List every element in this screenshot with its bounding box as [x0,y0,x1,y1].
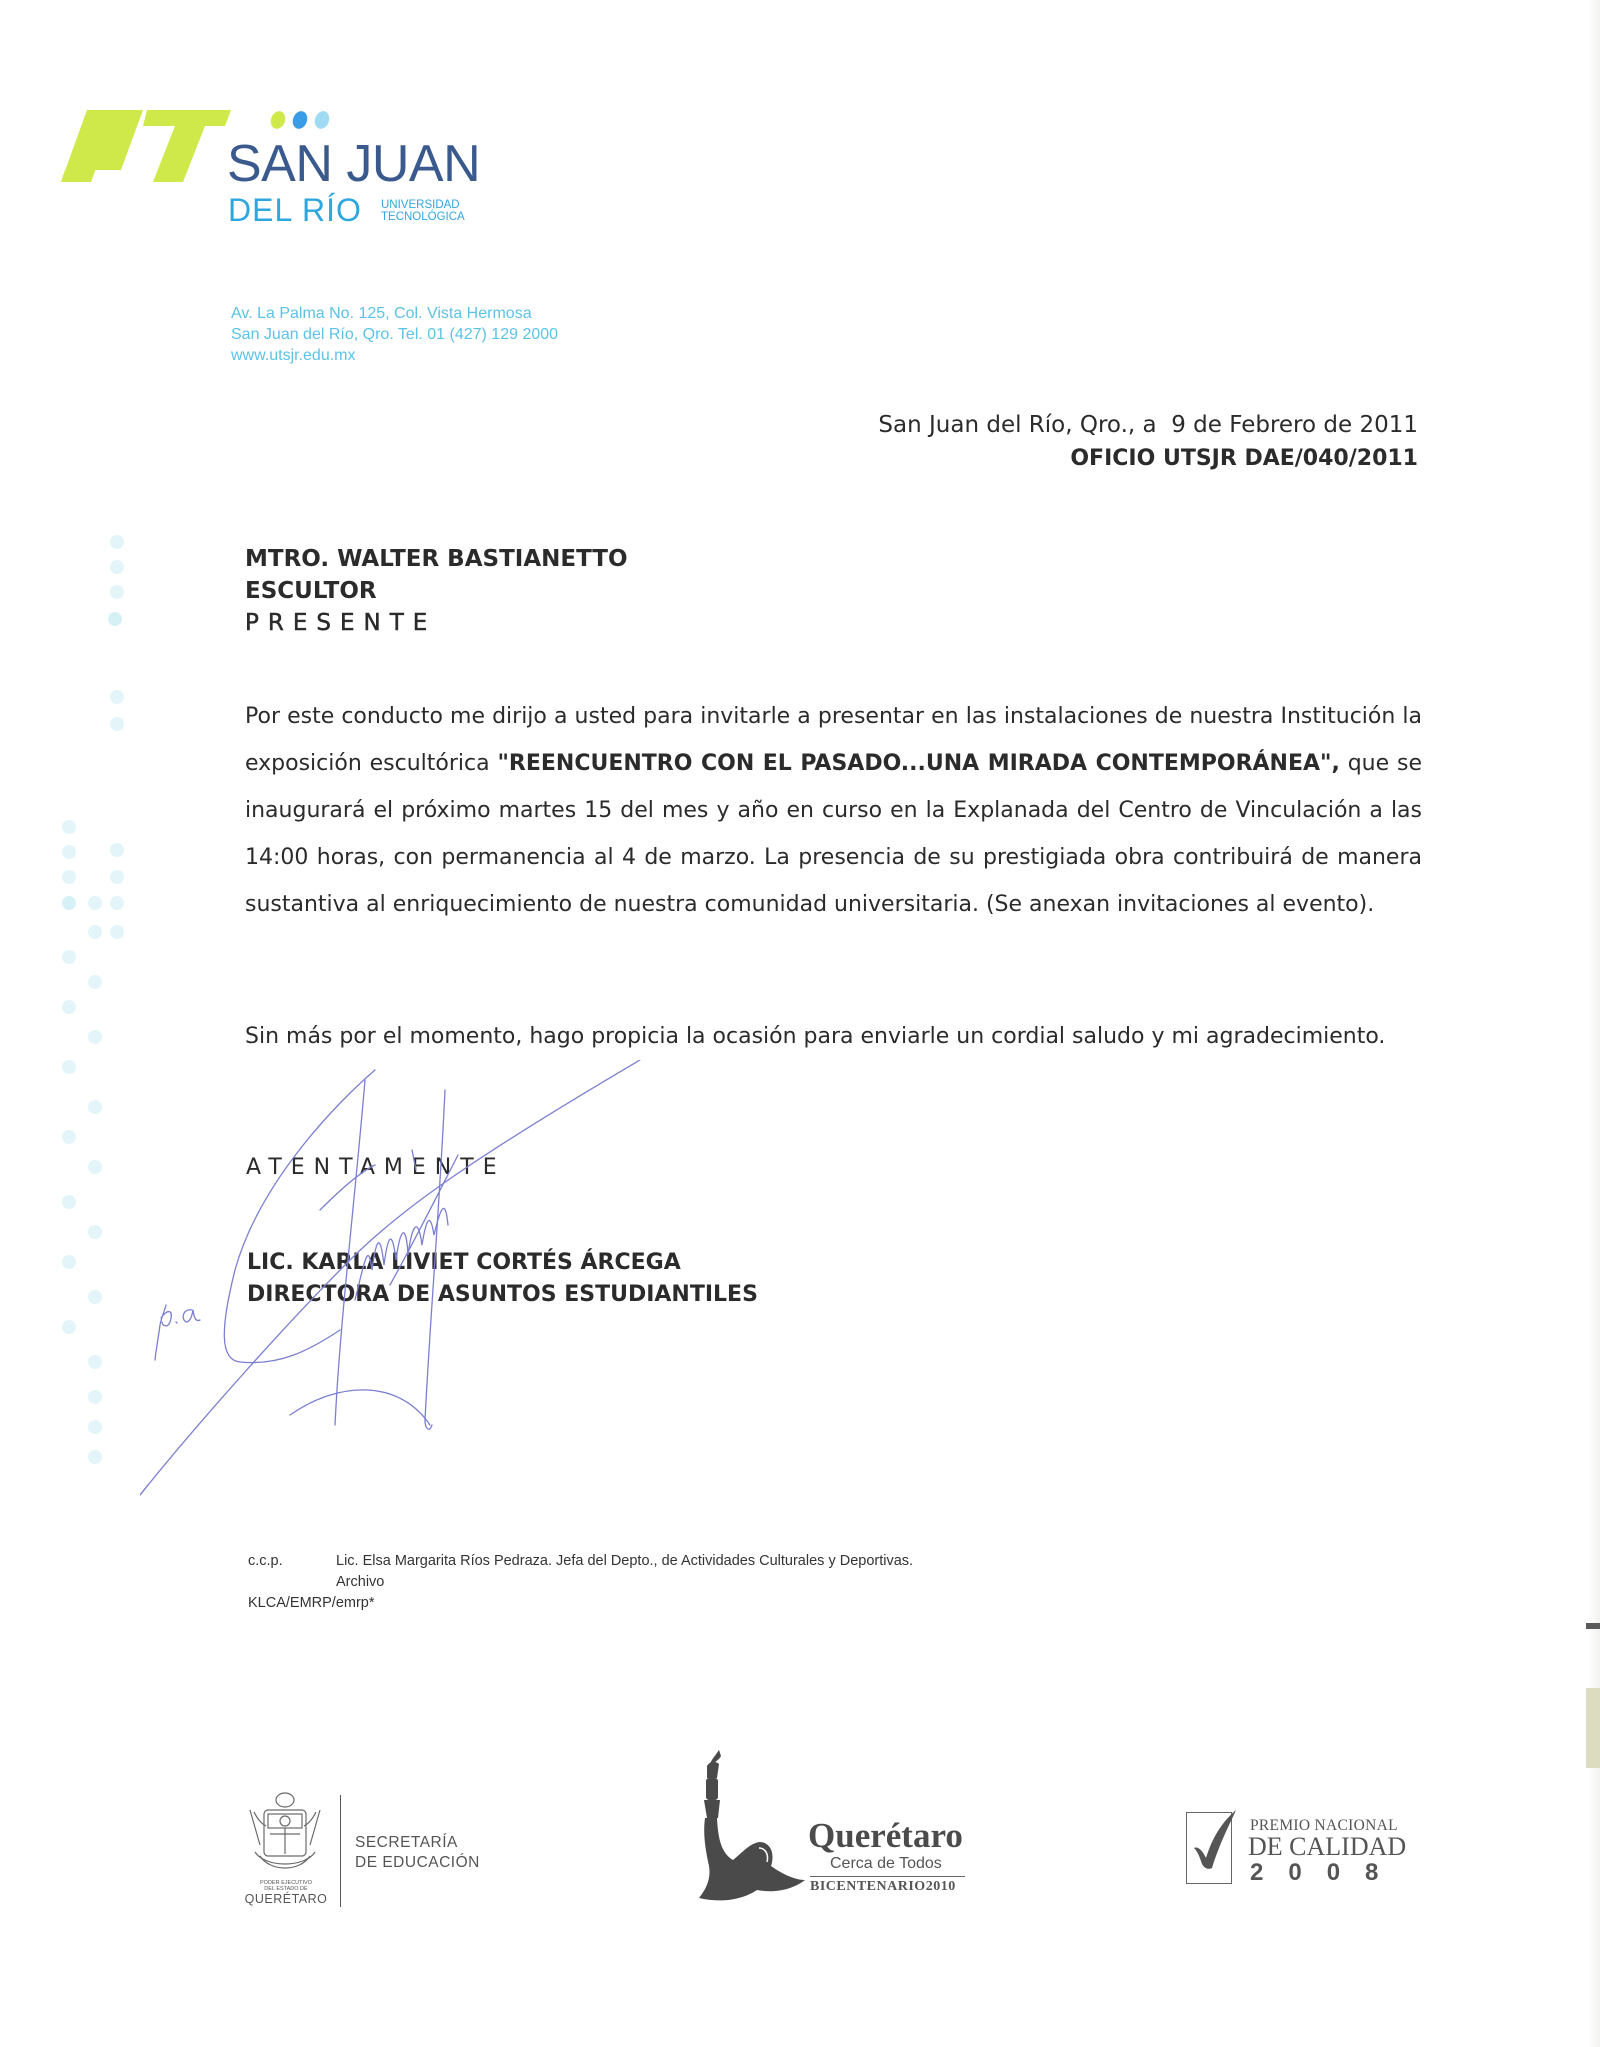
carbon-copy-block: c.c.p.Lic. Elsa Margarita Ríos Pedraza. … [248,1551,913,1614]
recipient-name: MTRO. WALTER BASTIANETTO [245,543,628,575]
torch-figure-icon [685,1748,810,1908]
date-line: San Juan del Río, Qro., a 9 de Febrero d… [878,412,1418,438]
poder-ejecutivo-label: PODER EJECUTIVO DEL ESTADO DE QUERÉTARO [238,1880,334,1906]
institution-name-line2: DEL RÍO [228,194,362,226]
scan-edge-mark [1586,1623,1600,1629]
recipient-block: MTRO. WALTER BASTIANETTO ESCULTOR PRESEN… [245,543,628,639]
institution-address: Av. La Palma No. 125, Col. Vista Hermosa… [231,303,558,366]
address-line: Av. La Palma No. 125, Col. Vista Hermosa [231,303,558,324]
website-link[interactable]: www.utsjr.edu.mx [231,345,558,366]
salutation: PRESENTE [245,607,628,639]
ut-logo-mark-icon [55,108,235,186]
closing-paragraph: Sin más por el momento, hago propicia la… [245,1024,1385,1049]
ccp-recipient: Lic. Elsa Margarita Ríos Pedraza. Jefa d… [336,1553,913,1569]
ccp-label: c.c.p. [248,1551,336,1572]
scan-edge-mark [1586,1688,1600,1768]
checkmark-icon [1190,1808,1240,1878]
divider [340,1795,341,1907]
logo-dots-icon [268,108,340,132]
award-line2: DE CALIDAD [1248,1834,1406,1860]
institution-type: UNIVERSIDAD TECNOLÓGICA [381,199,465,223]
queretaro-logo-title: Querétaro [808,1818,963,1853]
ccp-recipient: Archivo [248,1572,913,1593]
bicentenario-label: BICENTENARIO2010 [810,1879,956,1895]
exhibition-title: "REENCUENTRO CON EL PASADO...UNA MIRADA … [497,751,1339,776]
recipient-title: ESCULTOR [245,575,628,607]
queretaro-logo-subtitle: Cerca de Todos [830,1855,942,1873]
state-coat-of-arms-icon [240,1790,330,1880]
reference-initials: KLCA/EMRP/emrp* [248,1593,913,1614]
handwritten-signature-icon [140,1060,660,1500]
secretaria-name: SECRETARÍA DE EDUCACIÓN [355,1833,480,1873]
address-line: San Juan del Río, Qro. Tel. 01 (427) 129… [231,324,558,345]
institution-name: SAN JUAN [227,138,480,190]
body-paragraph: Por este conducto me dirijo a usted para… [245,693,1422,928]
award-year: 2008 [1250,1861,1403,1885]
reference-number: OFICIO UTSJR DAE/040/2011 [1070,446,1418,471]
divider [810,1876,965,1877]
